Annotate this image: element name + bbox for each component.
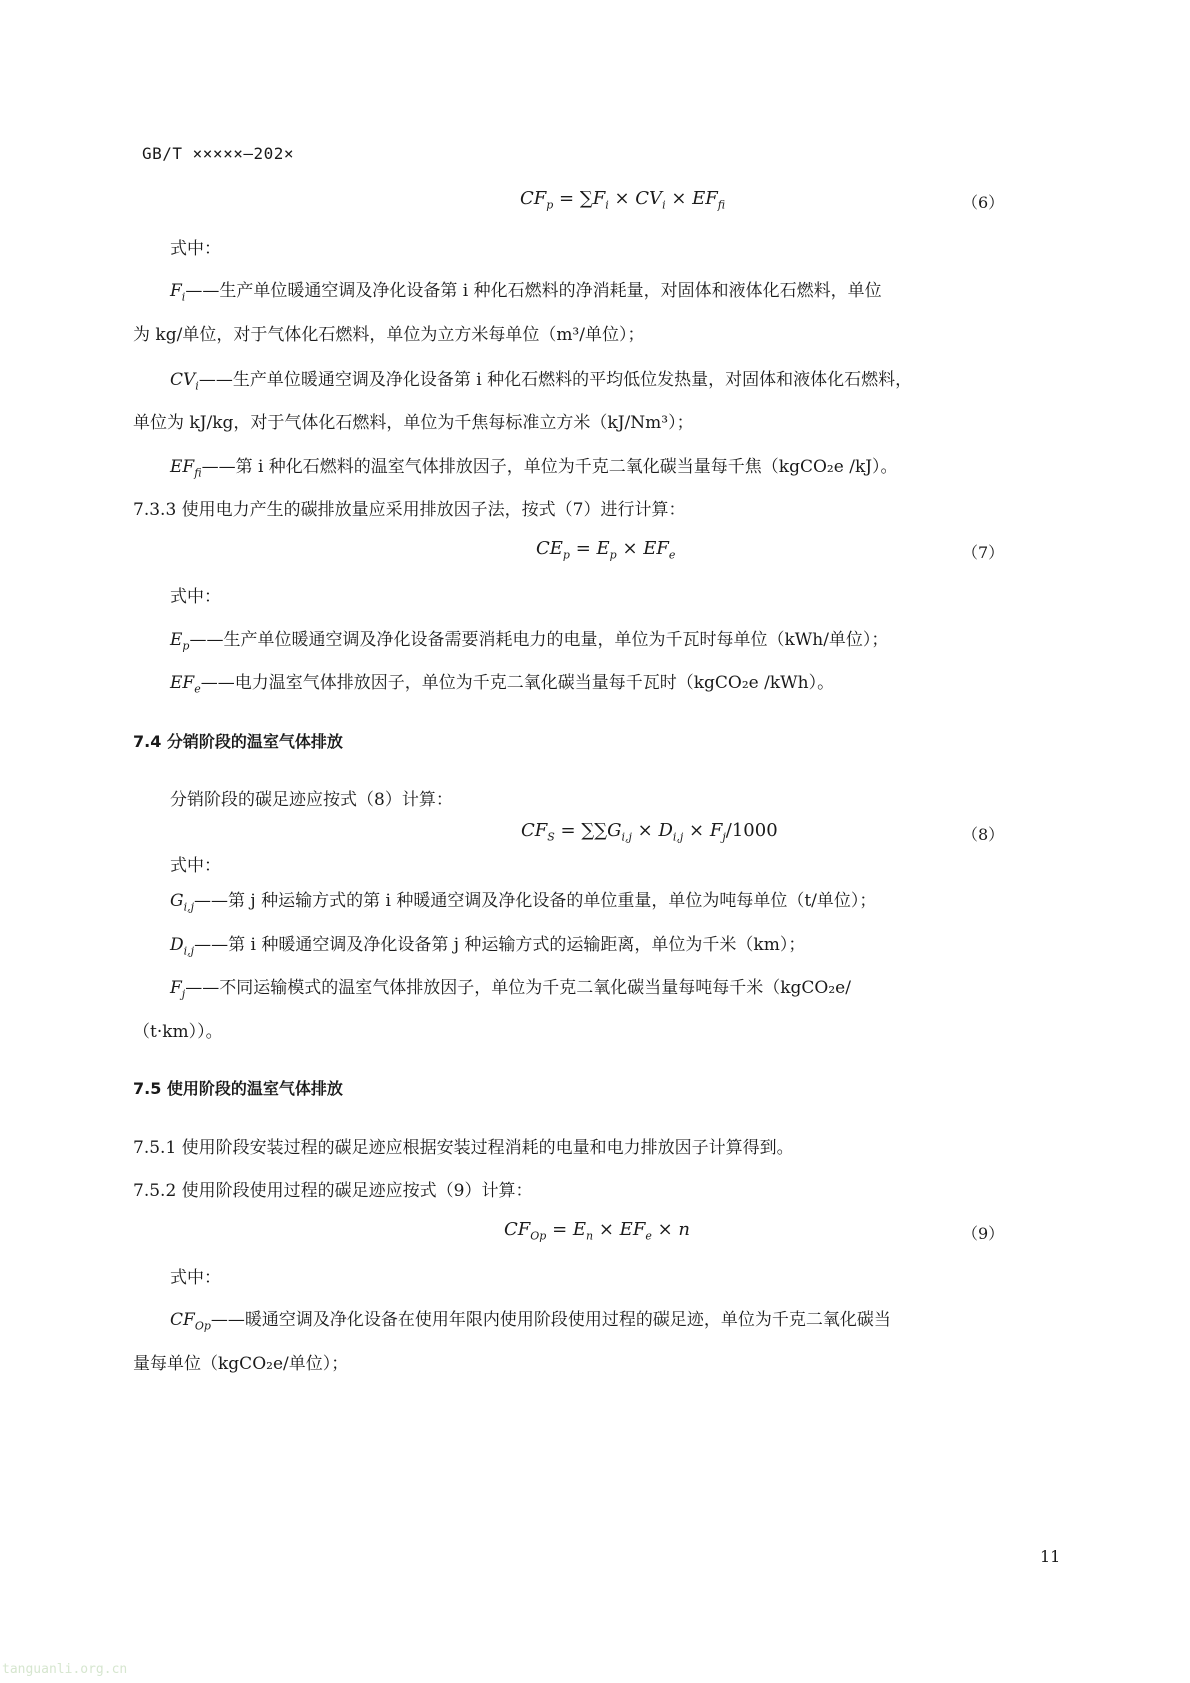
def-CVi: CVi——生产单位暖通空调及净化设备第 i 种化石燃料的平均低位发热量，对固体和…: [170, 365, 912, 392]
watermark: tanguanli.org.cn: [2, 1662, 127, 1677]
section-7-4-intro: 分销阶段的碳足迹应按式（8）计算：: [170, 785, 453, 810]
def-CFOp-cont: 量每单位（kgCO₂e/单位）；: [133, 1349, 348, 1374]
def-Gij: Gi,j——第 j 种运输方式的第 i 种暖通空调及净化设备的单位重量，单位为吨…: [170, 886, 876, 913]
where-label: 式中：: [170, 1263, 221, 1288]
def-CVi-cont: 单位为 kJ/kg，对于气体化石燃料，单位为千焦每标准立方米（kJ/Nm³）；: [133, 408, 694, 433]
formula-8: CFS = ∑∑Gi,j × Di,j × Fj/1000: [521, 820, 778, 844]
def-EFe: EFe——电力温室气体排放因子，单位为千克二氧化碳当量每千瓦时（kgCO₂e /…: [170, 668, 834, 695]
standard-header: GB/T ×××××—202×: [142, 144, 294, 163]
def-Fi: Fi——生产单位暖通空调及净化设备第 i 种化石燃料的净消耗量，对固体和液体化石…: [170, 276, 882, 303]
formula-6: CFp = ∑Fi × CVi × EFfi: [520, 188, 725, 212]
def-CFOp: CFOp——暖通空调及净化设备在使用年限内使用阶段使用过程的碳足迹，单位为千克二…: [170, 1305, 891, 1332]
clause-7-5-2: 7.5.2 使用阶段使用过程的碳足迹应按式（9）计算：: [133, 1176, 532, 1201]
def-Fj-cont: （t·km））。: [133, 1017, 223, 1042]
clause-7-5-1: 7.5.1 使用阶段安装过程的碳足迹应根据安装过程消耗的电量和电力排放因子计算得…: [133, 1133, 794, 1158]
where-label: 式中：: [170, 851, 221, 876]
page-number: 11: [1040, 1547, 1060, 1566]
section-7-5-heading: 7.5 使用阶段的温室气体排放: [133, 1076, 343, 1099]
def-EFfi: EFfi——第 i 种化石燃料的温室气体排放因子，单位为千克二氧化碳当量每千焦（…: [170, 452, 898, 479]
section-7-4-heading: 7.4 分销阶段的温室气体排放: [133, 729, 343, 752]
equation-number-6: （6）: [962, 190, 1004, 213]
def-Ep: Ep——生产单位暖通空调及净化设备需要消耗电力的电量，单位为千瓦时每单位（kWh…: [170, 625, 888, 652]
def-Dij: Di,j——第 i 种暖通空调及净化设备第 j 种运输方式的运输距离，单位为千米…: [170, 930, 805, 957]
clause-7-3-3: 7.3.3 使用电力产生的碳排放量应采用排放因子法，按式（7）进行计算：: [133, 495, 685, 520]
equation-number-7: （7）: [962, 540, 1004, 563]
equation-number-8: （8）: [962, 822, 1004, 845]
equation-number-9: （9）: [962, 1221, 1004, 1244]
def-Fi-cont: 为 kg/单位，对于气体化石燃料，单位为立方米每单位（m³/单位）；: [133, 320, 644, 345]
formula-9: CFOp = En × EFe × n: [504, 1219, 690, 1243]
where-label: 式中：: [170, 234, 221, 259]
def-Fj: Fj——不同运输模式的温室气体排放因子，单位为千克二氧化碳当量每吨每千米（kgC…: [170, 973, 851, 1000]
formula-7: CEp = Ep × EFe: [536, 538, 675, 562]
where-label: 式中：: [170, 582, 221, 607]
